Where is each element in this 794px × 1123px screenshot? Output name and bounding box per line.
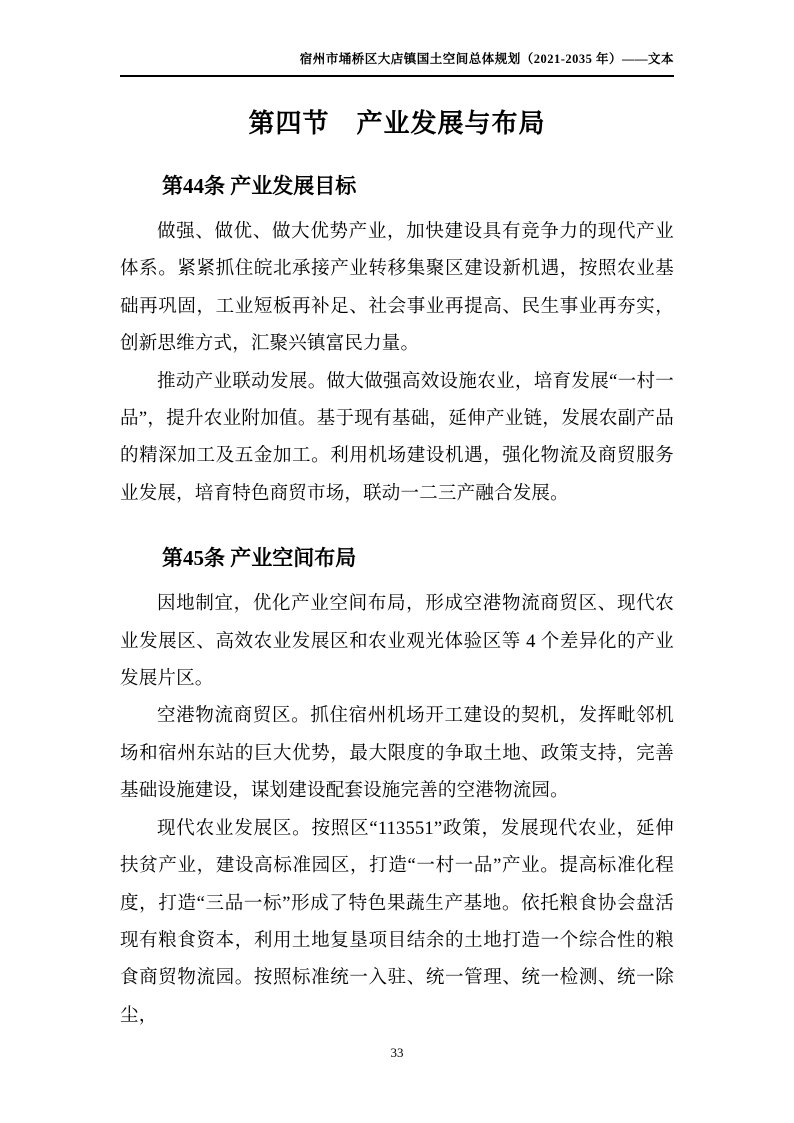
paragraph: 现代农业发展区。按照区“113551”政策，发展现代农业，延伸扶贫产业，建设高标… bbox=[120, 811, 674, 1035]
header-title: 宿州市埇桥区大店镇国土空间总体规划（2021-2035 年）——文本 bbox=[300, 52, 674, 66]
section-title: 第四节 产业发展与布局 bbox=[120, 107, 674, 141]
article-44-heading: 第44条 产业发展目标 bbox=[120, 173, 674, 200]
page-number: 33 bbox=[0, 1045, 794, 1061]
paragraph: 做强、做优、做大优势产业，加快建设具有竞争力的现代产业体系。紧紧抓住皖北承接产业… bbox=[120, 214, 674, 364]
article-44: 第44条 产业发展目标 做强、做优、做大优势产业，加快建设具有竞争力的现代产业体… bbox=[120, 173, 674, 513]
page-header: 宿州市埇桥区大店镇国土空间总体规划（2021-2035 年）——文本 bbox=[120, 50, 674, 77]
article-45-heading: 第45条 产业空间布局 bbox=[120, 545, 674, 572]
article-45: 第45条 产业空间布局 因地制宜，优化产业空间布局，形成空港物流商贸区、现代农业… bbox=[120, 545, 674, 1035]
document-page: 宿州市埇桥区大店镇国土空间总体规划（2021-2035 年）——文本 第四节 产… bbox=[0, 0, 794, 1123]
paragraph: 因地制宜，优化产业空间布局，形成空港物流商贸区、现代农业发展区、高效农业发展区和… bbox=[120, 586, 674, 698]
paragraph: 空港物流商贸区。抓住宿州机场开工建设的契机，发挥毗邻机场和宿州东站的巨大优势，最… bbox=[120, 698, 674, 810]
paragraph: 推动产业联动发展。做大做强高效设施农业，培育发展“一村一品”，提升农业附加值。基… bbox=[120, 364, 674, 514]
